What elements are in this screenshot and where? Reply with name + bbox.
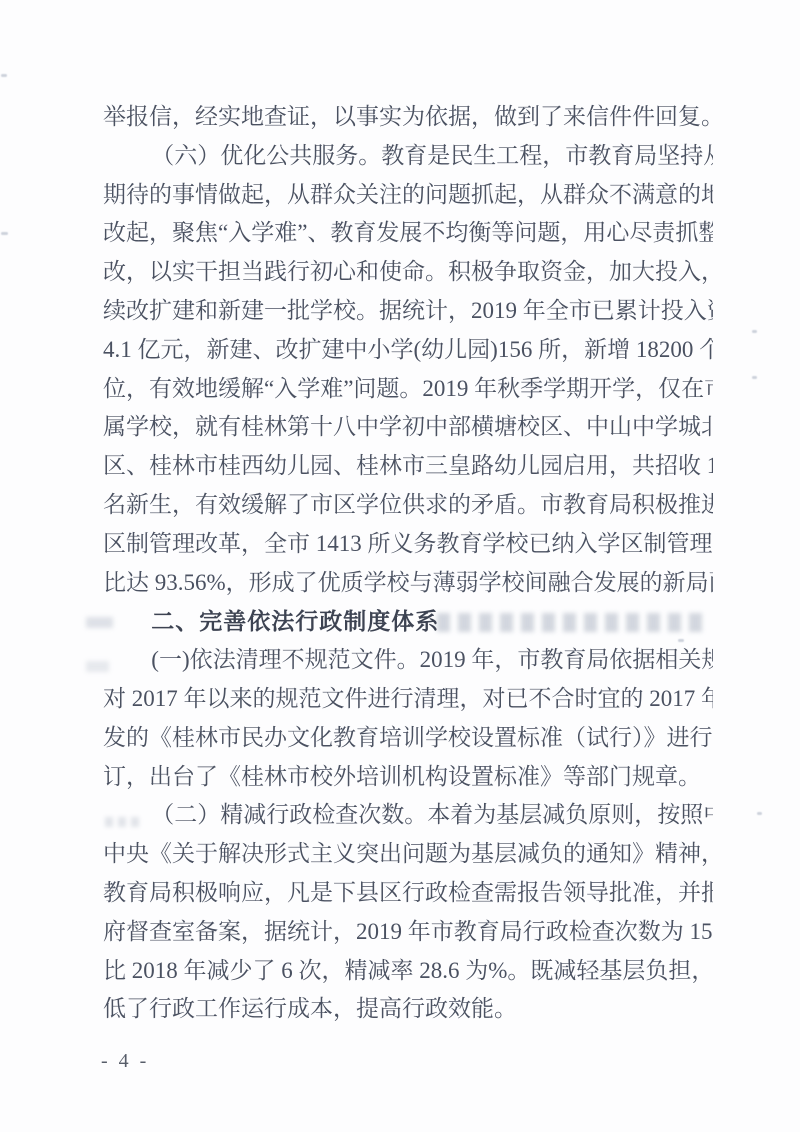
text-line: (一)依法清理不规范文件。2019 年，市教育局依据相关规定， <box>103 641 713 680</box>
scan-speckle <box>752 376 757 379</box>
page-number: - 4 - <box>101 1050 149 1073</box>
text-line: 订，出台了《桂林市校外培训机构设置标准》等部门规章。 <box>103 758 713 797</box>
text-line: 府督查室备案，据统计，2019 年市教育局行政检查次数为 15 次， <box>103 913 713 952</box>
text-line: （二）精减行政检查次数。本着为基层减负原则，按照中共 <box>103 796 713 835</box>
scan-speckle <box>1 74 7 77</box>
scan-speckle <box>757 812 762 815</box>
text-line: （六）优化公共服务。教育是民生工程，市教育局坚持从群众 <box>103 137 713 176</box>
text-line: 中央《关于解决形式主义突出问题为基层减负的通知》精神，市 <box>103 835 713 874</box>
text-line: 低了行政工作运行成本，提高行政效能。 <box>103 990 713 1029</box>
text-line: 比达 93.56%，形成了优质学校与薄弱学校间融合发展的新局面。 <box>103 564 713 603</box>
text-line: 期待的事情做起，从群众关注的问题抓起，从群众不满意的地方 <box>103 176 713 215</box>
scan-speckle <box>752 330 757 333</box>
scan-speckle <box>1 232 8 235</box>
text-line: 改，以实干担当践行初心和使命。积极争取资金，加大投入，继 <box>103 253 713 292</box>
text-line: 教育局积极响应，凡是下县区行政检查需报告领导批准，并报政 <box>103 874 713 913</box>
text-line: 位，有效地缓解“入学难”问题。2019 年秋季学期开学，仅在市 <box>103 370 713 409</box>
text-line: 比 2018 年减少了 6 次，精减率 28.6 为%。既减轻基层负担，又降 <box>103 952 713 991</box>
text-line: 举报信，经实地查证，以事实为依据，做到了来信件件回复。 <box>103 98 713 137</box>
text-line: 二、完善依法行政制度体系 <box>103 602 713 641</box>
text-line: 发的《桂林市民办文化教育培训学校设置标准（试行）》进行修 <box>103 719 713 758</box>
text-line: 续改扩建和新建一批学校。据统计，2019 年全市已累计投入资金 <box>103 292 713 331</box>
document-text-block: 举报信，经实地查证，以事实为依据，做到了来信件件回复。（六）优化公共服务。教育是… <box>103 98 713 1029</box>
text-line: 属学校，就有桂林第十八中学初中部横塘校区、中山中学城北校 <box>103 408 713 447</box>
text-line: 4.1 亿元，新建、改扩建中小学(幼儿园)156 所，新增 18200 个学 <box>103 331 713 370</box>
text-line: 名新生，有效缓解了市区学位供求的矛盾。市教育局积极推进学 <box>103 486 713 525</box>
text-line: 区制管理改革，全市 1413 所义务教育学校已纳入学区制管理，占 <box>103 525 713 564</box>
text-line: 区、桂林市桂西幼儿园、桂林市三皇路幼儿园启用，共招收 1404 <box>103 447 713 486</box>
text-line: 改起，聚焦“入学难”、教育发展不均衡等问题，用心尽责抓整 <box>103 214 713 253</box>
scanned-document-page: 举报信，经实地查证，以事实为依据，做到了来信件件回复。（六）优化公共服务。教育是… <box>0 0 800 1132</box>
text-line: 对 2017 年以来的规范文件进行清理，对已不合时宜的 2017 年印 <box>103 680 713 719</box>
